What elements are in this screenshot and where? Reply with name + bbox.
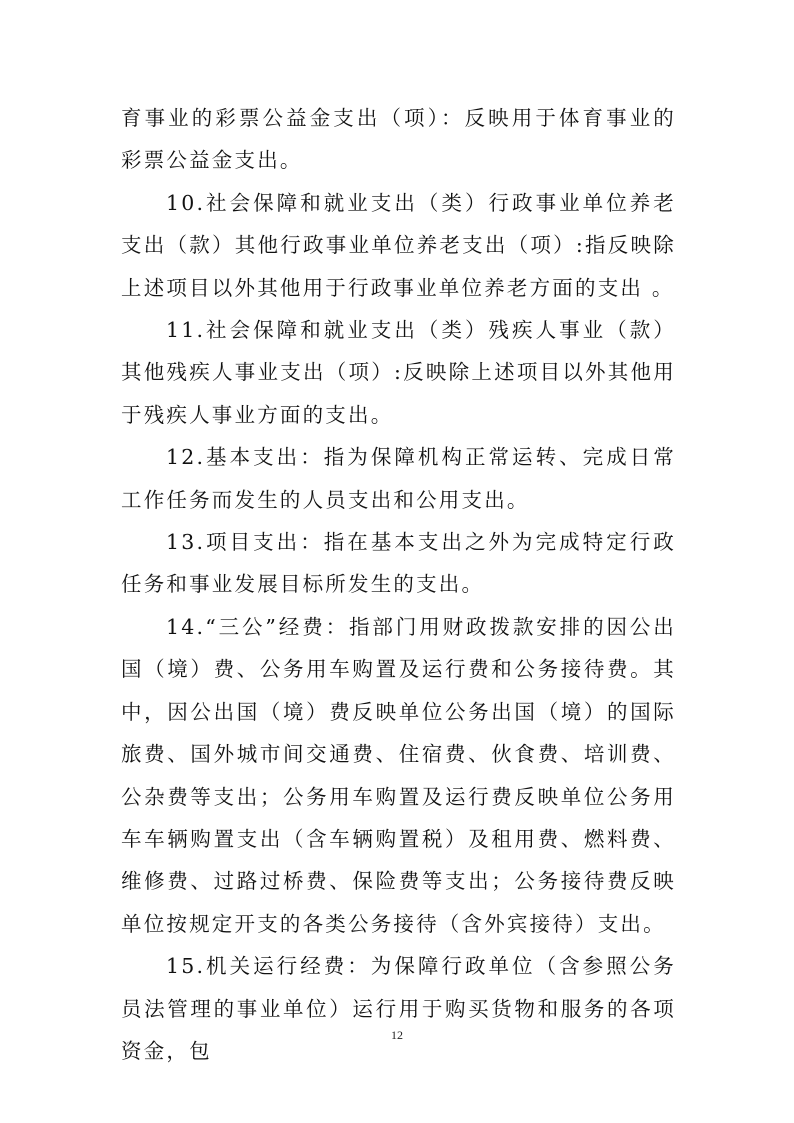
paragraph-13: 13.项目支出：指在基本支出之外为完成特定行政任务和事业发展目标所发生的支出。	[121, 521, 676, 606]
paragraph-12: 12.基本支出：指为保障机构正常运转、完成日常工作任务而发生的人员支出和公用支出…	[121, 436, 676, 521]
paragraph-15: 15.机关运行经费：为保障行政单位（含参照公务员法管理的事业单位）运行用于购买货…	[121, 945, 676, 1072]
paragraph-11: 11.社会保障和就业支出（类）残疾人事业（款）其他残疾人事业支出（项）:反映除上…	[121, 309, 676, 436]
paragraph-14: 14.“三公”经费：指部门用财政拨款安排的因公出国（境）费、公务用车购置及运行费…	[121, 606, 676, 945]
page-number: 12	[0, 1028, 794, 1043]
paragraph-10: 10.社会保障和就业支出（类）行政事业单位养老支出（款）其他行政事业单位养老支出…	[121, 182, 676, 309]
paragraph-9-continued: 育事业的彩票公益金支出（项）：反映用于体育事业的彩票公益金支出。	[121, 97, 676, 182]
document-page: 育事业的彩票公益金支出（项）：反映用于体育事业的彩票公益金支出。 10.社会保障…	[121, 97, 676, 1072]
